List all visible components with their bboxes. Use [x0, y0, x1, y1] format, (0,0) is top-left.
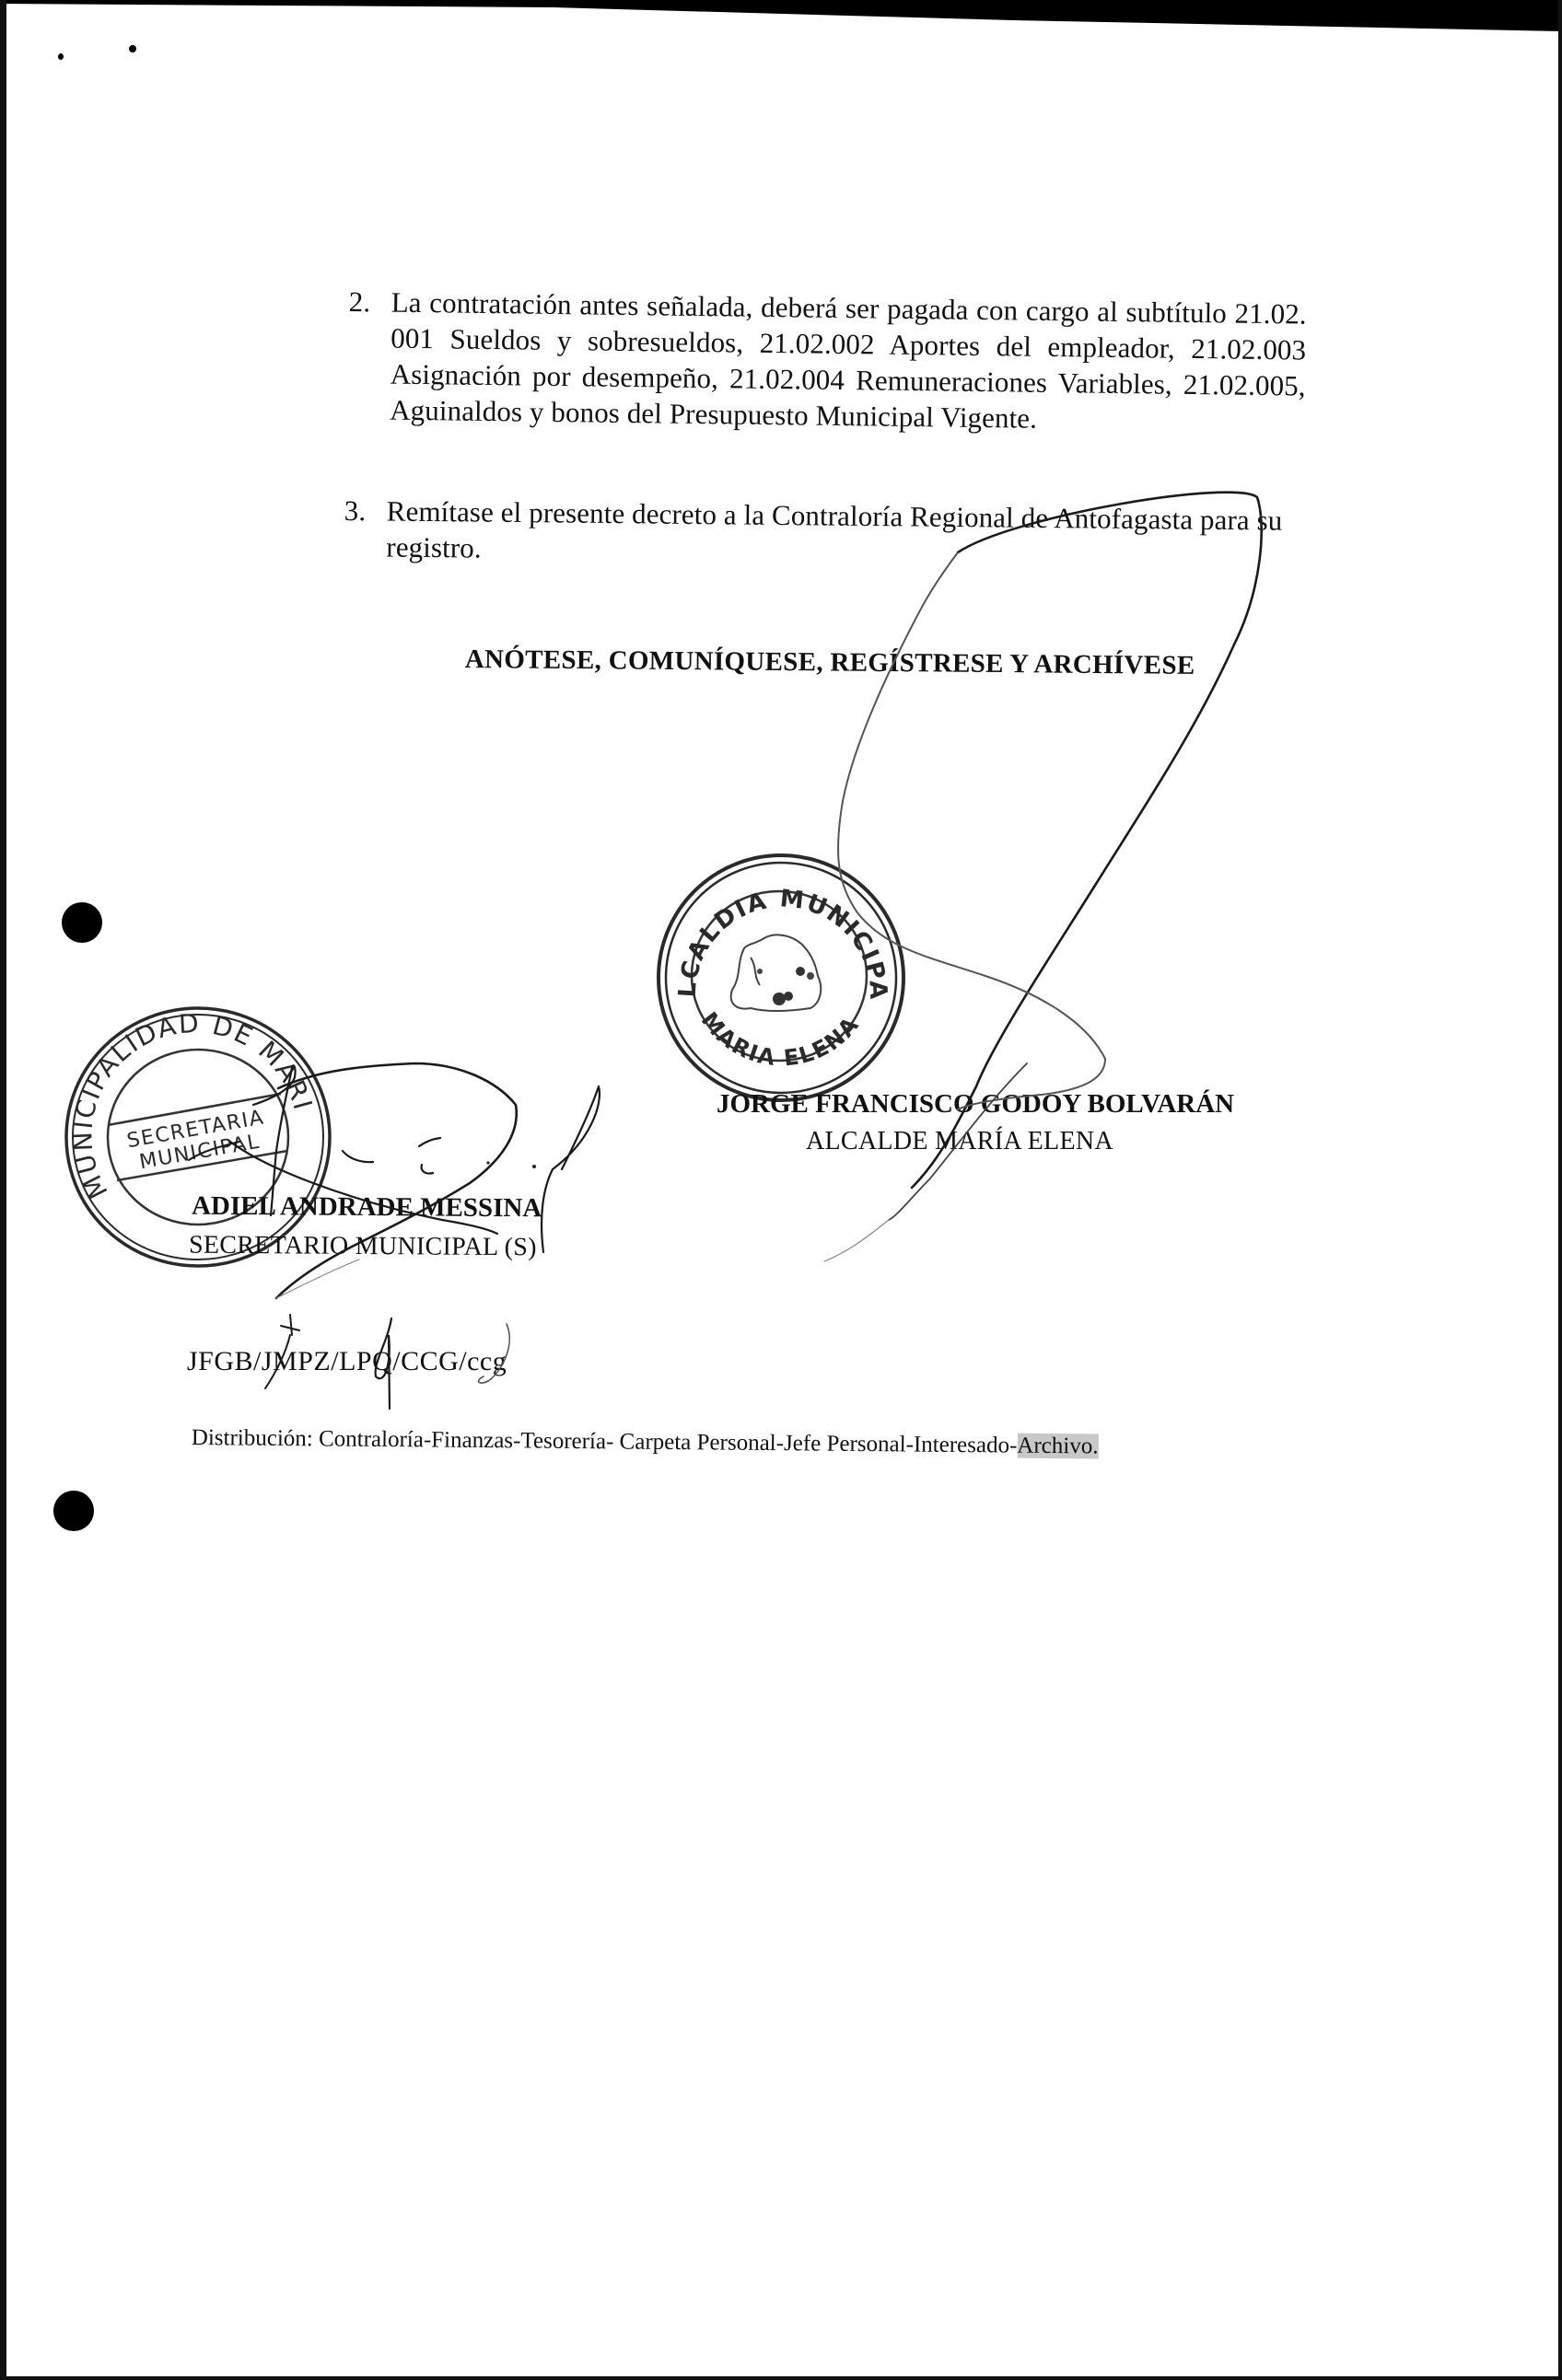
- closing-formula: ANÓTESE, COMUNÍQUESE, REGÍSTRESE Y ARCHÍ…: [465, 644, 1195, 681]
- mayor-name: JORGE FRANCISCO GODOY BOLVARÁN: [717, 1089, 1234, 1120]
- secretary-name: ADIEL ANDRADE MESSINA: [192, 1191, 542, 1225]
- distribution-recipients: Contraloría-Finanzas-Tesorería- Carpeta …: [319, 1426, 1018, 1457]
- secretary-signature: [189, 1063, 600, 1298]
- paragraph-text: Remítase el presente decreto a la Contra…: [386, 493, 1307, 574]
- paragraph-number: 2.: [348, 284, 370, 319]
- secretary-stamp-ring-text: MUNICIPALIDAD DE MARIA ELENA: [0, 0, 319, 1203]
- scan-speck: [129, 45, 136, 52]
- paragraph-text: La contratación antes señalada, deberá s…: [390, 284, 1307, 440]
- paragraph-3: 3. Remítase el presente decreto a la Con…: [344, 493, 1307, 575]
- scanned-document-page: 2. La contratación antes señalada, deber…: [0, 0, 1562, 2380]
- distribution-list: Distribución: Contraloría-Finanzas-Tesor…: [192, 1425, 1099, 1459]
- scan-left-edge: [0, 0, 6, 2380]
- punch-hole: [62, 902, 102, 943]
- distribution-archive-highlighted: Archivo.: [1017, 1434, 1098, 1459]
- secretary-stamp-band-line-2: MUNICIPAL: [137, 1131, 262, 1175]
- responsibility-initials: JFGB/JMPZ/LPQ/CCG/ccg: [187, 1346, 507, 1377]
- scan-bottom-edge: [0, 2376, 1562, 2380]
- secretary-title: SECRETARIO MUNICIPAL (S): [189, 1231, 537, 1263]
- mayor-stamp-bottom-text: MARIA ELENA: [696, 1007, 865, 1072]
- secretary-stamp-band-line-1: SECRETARIA: [125, 1106, 266, 1153]
- scan-speck: [58, 53, 64, 60]
- paragraph-2: 2. La contratación antes señalada, deber…: [347, 284, 1307, 440]
- coat-of-arms-icon: [731, 935, 822, 1011]
- scan-top-edge-shadow: [0, 0, 1562, 37]
- mayor-title: ALCALDE MARÍA ELENA: [806, 1127, 1113, 1156]
- scan-right-edge: [1558, 0, 1562, 2380]
- punch-hole: [53, 1491, 94, 1531]
- distribution-label: Distribución:: [192, 1425, 313, 1451]
- paragraph-number: 3.: [344, 493, 367, 528]
